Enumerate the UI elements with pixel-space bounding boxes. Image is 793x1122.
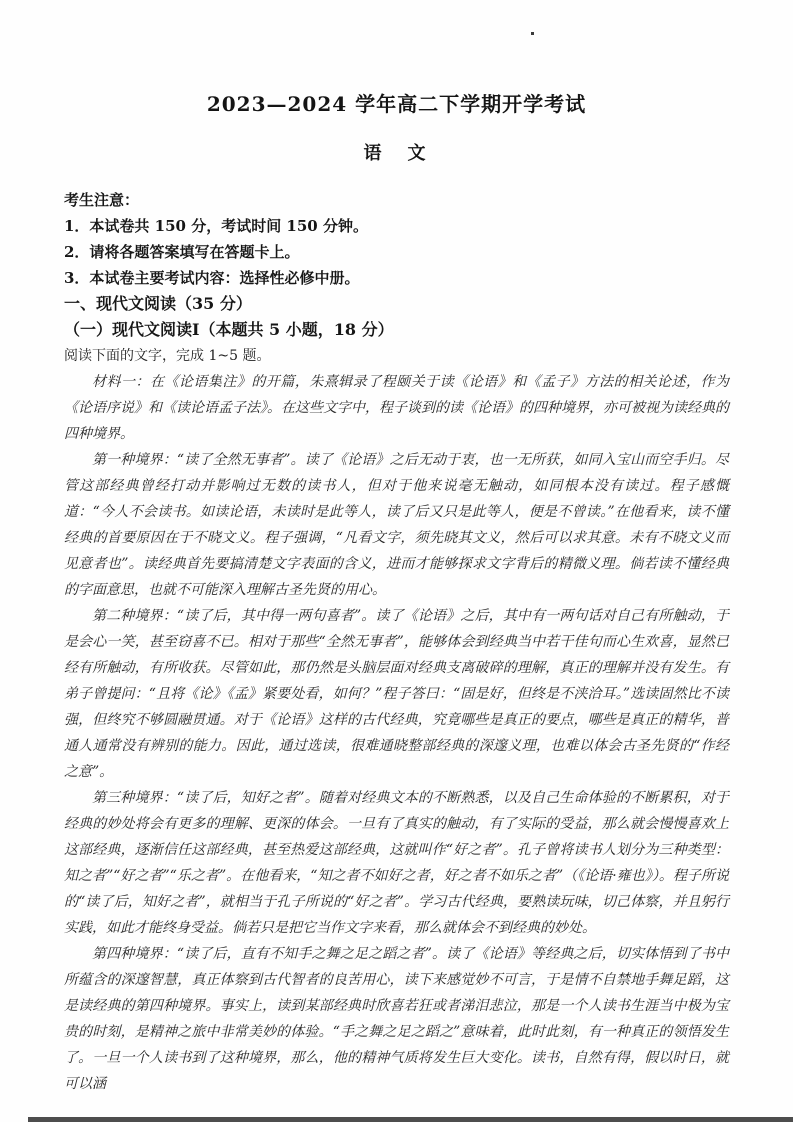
notice-heading: 考生注意： (64, 187, 729, 213)
exam-subject: 语 文 (64, 139, 729, 165)
reading-passage: 材料一：在《论语集注》的开篇，朱熹辑录了程颐关于读《论语》和《孟子》方法的相关论… (64, 369, 729, 1097)
subsection-heading-reading-1: （一）现代文阅读Ⅰ（本题共 5 小题，18 分） (64, 317, 729, 343)
passage-paragraph-realm-4: 第四种境界：“读了后，直有不知手之舞之足之蹈之者”。读了《论语》等经典之后，切实… (64, 941, 729, 1097)
passage-paragraph-realm-3: 第三种境界：“读了后，知好之者”。随着对经典文本的不断熟悉，以及自己生命体验的不… (64, 785, 729, 941)
passage-paragraph-realm-2: 第二种境界：“读了后，其中得一两句喜者”。读了《论语》之后，其中有一两句话对自己… (64, 603, 729, 785)
reading-instruction: 阅读下面的文字，完成 1~5 题。 (64, 343, 729, 369)
section-headings: 一、现代文阅读（35 分） （一）现代文阅读Ⅰ（本题共 5 小题，18 分） 阅… (64, 291, 729, 369)
scan-artifact-bottom-bar (28, 1117, 793, 1122)
passage-paragraph-realm-1: 第一种境界：“读了全然无事者”。读了《论语》之后无动于衷，也一无所获，如同入宝山… (64, 447, 729, 603)
exam-title: 2023—2024 学年高二下学期开学考试 (64, 88, 729, 117)
passage-paragraph-material-1: 材料一：在《论语集注》的开篇，朱熹辑录了程颐关于读《论语》和《孟子》方法的相关论… (64, 369, 729, 447)
notice-item-3: 3．本试卷主要考试内容：选择性必修中册。 (64, 265, 729, 291)
exam-paper-page: 2023—2024 学年高二下学期开学考试 语 文 考生注意： 1．本试卷共 1… (0, 0, 793, 1122)
examinee-notice: 考生注意： 1．本试卷共 150 分，考试时间 150 分钟。 2．请将各题答案… (64, 187, 729, 291)
section-heading-modern-reading: 一、现代文阅读（35 分） (64, 291, 729, 317)
notice-item-1: 1．本试卷共 150 分，考试时间 150 分钟。 (64, 213, 729, 239)
notice-item-2: 2．请将各题答案填写在答题卡上。 (64, 239, 729, 265)
page-content: 2023—2024 学年高二下学期开学考试 语 文 考生注意： 1．本试卷共 1… (64, 0, 729, 1097)
